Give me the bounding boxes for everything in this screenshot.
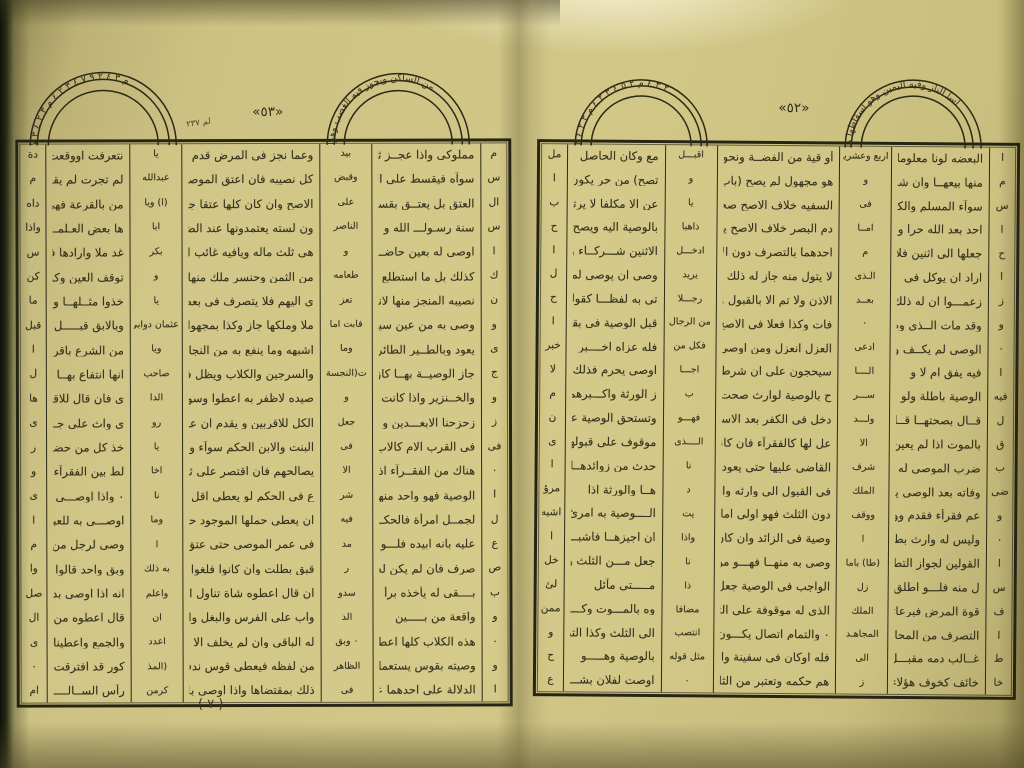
text-line: ذا <box>665 581 710 592</box>
text-line: مد <box>324 539 369 550</box>
text-line: وتستحق الوصية عنـــدنا <box>572 412 657 425</box>
text-line: كذلك بل ما استطلع <box>379 270 475 283</box>
text-line: فكل من <box>667 342 712 353</box>
text-line: شرف <box>841 462 886 473</box>
text-line: الدا <box>134 393 179 404</box>
text-column-letters: ملابحالحاخبرلامنىامرؤاشبهاخللئممنوحع <box>538 144 567 691</box>
text-line: فى عمر الموصى حتى عتق العبد فهو له وان <box>189 538 314 551</box>
text-line: شر <box>324 491 369 502</box>
text-line: فى <box>485 441 504 453</box>
text-line: (طا) باما <box>840 558 885 569</box>
text-line: ها بعض العـلمــاء واذا <box>52 222 123 235</box>
text-line: فات وكذا فعلا فى الاصح ولو ان <box>722 317 832 331</box>
text-line: كرمن <box>135 687 180 698</box>
text-line: سدو <box>324 588 369 599</box>
svg-text:٢ ٣ ٤ م ٢ ٥ ٤ ٣ ٢ ٤ م ٣ ٢ ٤ ٣: ٢ ٣ ٤ م ٢ ٥ ٤ ٣ ٢ ٤ م ٣ ٢ ٤ ٣ <box>573 77 670 146</box>
text-line: ٠ واذا اوصـــى بشىء <box>53 490 124 503</box>
text-line: هى ثلث ماله ويافيه غائب اوموجل الى <box>189 246 314 259</box>
text-line: الملك <box>841 486 886 497</box>
text-line: التصرف من المحارب حال <box>895 628 980 641</box>
text-line: صاحب <box>134 369 179 380</box>
text-column-letters: مسالساكنوىجوزفى٠العصبو٠وا <box>480 143 507 701</box>
text-line: ب <box>667 389 712 400</box>
text-line: الوصى لم يكــف ولو <box>897 343 982 356</box>
text-line: و <box>134 271 179 282</box>
text-line: وبق واحد قالوا <box>53 563 124 576</box>
text-line: ا <box>24 345 43 357</box>
text-line: زل <box>840 582 885 593</box>
text-line: وما <box>134 516 179 527</box>
text-grid: امساحازو٠افيهلقبضىو٠اسفاطخاالبعضه لونا م… <box>538 144 1015 695</box>
text-line: اراد ان يوكل فى <box>898 271 983 284</box>
text-column-narrow: اربع وعشرينوفىامــامالـذىبعــد٠ادعىالـــ… <box>835 146 891 693</box>
text-line: يا <box>134 442 179 453</box>
text-line: ا <box>485 246 504 258</box>
text-line: د <box>666 485 711 496</box>
arch-arc-icon: من الساكن ويجوز فيه الغصب وهوا <box>322 60 474 144</box>
text-column-letters: دةمداهواذاسكنماقبلالهاىروىامواصلآلى٠ام <box>20 145 46 703</box>
text-line: ووقف <box>841 510 886 521</box>
text-line: بــــقى له يأخذه برأ <box>379 586 475 599</box>
text-line: ا <box>542 531 561 543</box>
text-line: ح <box>544 221 563 233</box>
text-line: ع فى الحكم لو يعطى اقل شىء اجز <box>189 489 314 502</box>
text-line: ســـر <box>842 391 887 402</box>
text-line: مع وكان الحاصل <box>574 149 659 162</box>
text-line: س <box>993 200 1012 212</box>
text-line: الــــذى <box>666 437 711 448</box>
text-line: وصى لرجل من رفيقه برأس <box>53 539 124 552</box>
folio-ornament: «٥٢» <box>778 100 809 116</box>
text-column-wide: البعضه لونا معلوما مثلمنها بيعهــا وان ش… <box>887 147 989 695</box>
text-column-wide-sm: نتعرفت اووقعت دفعة واحدةلم تجرت لم يقـــ… <box>45 144 131 702</box>
text-line: و <box>992 320 1011 332</box>
text-line: ا <box>543 460 562 472</box>
text-line: من لفظه فيعطى قوس ندف اورمى وان كا <box>190 660 315 673</box>
text-line: ب <box>991 463 1010 475</box>
text-line: ل <box>24 369 43 381</box>
text-line: ل <box>485 514 504 526</box>
text-line: عم فقرآء فقدم ووقف <box>896 509 981 522</box>
text-line: اوصى له بعين حاضــرة <box>378 246 474 259</box>
text-line: يريد <box>668 270 713 281</box>
text-line: خل <box>542 555 561 567</box>
text-line: ز الورثة واكـــبرهم <box>572 388 657 401</box>
text-line: س <box>24 247 43 259</box>
text-line: ها <box>24 393 43 405</box>
text-line: والخــنزير واذا كانت <box>379 392 475 405</box>
text-line: ن <box>543 412 562 424</box>
text-line: عبدالله <box>133 174 178 185</box>
text-line: ز <box>992 296 1011 308</box>
text-line: سوآء المسلم والكافر و <box>898 200 983 213</box>
text-line: م <box>24 540 43 552</box>
text-line: قبق بطلت وان كانوا فلغوا بعوت وملا <box>189 562 314 575</box>
text-line: غد ملا وارادها فليس <box>53 247 124 260</box>
text-line: م <box>993 177 1012 189</box>
text-line: م <box>23 174 42 186</box>
arch-ornament-left: ٢ ٣ ٤ م ٢ ٥ ٤ ٣ ٢ ٤ م ٣ ٢ ٤ ٣ <box>570 55 713 146</box>
text-line: فيه <box>324 515 369 526</box>
text-line: ان قال اعطوه شاة تناول المعيبة والذكر <box>190 587 315 600</box>
arch-inscription: ٢ ٣ ٤ م ٢ ٥ ٤ ٣ ٢ ٤ م ٣ ٢ ٤ ٣ <box>573 77 670 146</box>
text-line: كن <box>24 271 43 283</box>
text-line: وقبض <box>323 173 368 184</box>
text-line: لا <box>543 364 562 376</box>
text-line: وصى ان يوصى لم يجز بل <box>573 269 658 282</box>
text-line: موقوف على قبولهم فان <box>572 435 657 448</box>
text-line: ت(النجسة <box>324 369 369 380</box>
text-line: عثمان دوابى <box>134 320 179 331</box>
text-line: ى <box>485 343 504 355</box>
text-line: غــالب دمه مقبـــل <box>895 652 980 665</box>
text-line: ٠ <box>842 319 887 330</box>
text-line: عن الا مكلفا لا يرتاب <box>574 197 659 210</box>
text-line: ذلك بمقتضاها واذا اوصى باللحم وسوآء ذ <box>190 684 315 697</box>
text-line: وصى به منهــا فهـــو من الثلث <box>720 556 830 570</box>
text-line: صرف فان لم يكن له <box>379 562 475 575</box>
arch-inscription: اسا الناز وفيه اليمين وهو اسقاطها ما <box>843 78 962 148</box>
text-line: جعل مـــن الثلث واجبا <box>571 554 656 567</box>
text-line: قبل <box>24 320 43 332</box>
text-line: مثل قوله <box>665 652 710 663</box>
text-line: والسرجين والكلاب ويظل فيما حرم على <box>189 368 314 381</box>
text-line: دم البصر خلاف الاصح يجوز ان يكون <box>723 222 833 236</box>
text-line: و <box>485 392 504 404</box>
text-line: ا <box>544 316 563 328</box>
text-line: وقد مات الــذى وصا <box>897 319 982 332</box>
text-line: من الشرع باقراره عليهــا <box>53 344 124 357</box>
text-line: فى <box>843 199 888 210</box>
text-line: فى <box>324 442 369 453</box>
text-line: لئ <box>542 579 561 591</box>
text-line: خائف كخوف هؤلاء لا يجابوا <box>894 676 979 689</box>
svg-text:من الساكن ويجوز فيه الغصب وهوا: من الساكن ويجوز فيه الغصب وهوا <box>326 72 437 144</box>
text-line: رو <box>134 418 179 429</box>
text-line: ون لسته يعتمدونها عند الضرورة و <box>189 222 314 235</box>
text-line: فى القبول الى وارثه واذا اوصى بالثلث اجز <box>721 484 831 498</box>
text-line: رأس الســالـــــ ام <box>54 685 125 698</box>
text-column-wide: مملوكى واذا عجــز ثلث ماسوآه فيقسط على ا… <box>371 143 482 701</box>
svg-text:م ٣ ٤ ٢ ٩ ٧ ٤ ٣ ٢ ٤ م ٣ ٢ ٤ ٣: م ٣ ٤ ٢ ٩ ٧ ٤ ٣ ٢ ٤ م ٣ ٢ ٤ ٣ ٧ <box>29 71 131 145</box>
text-line: مل <box>545 149 564 161</box>
text-line: مضافا <box>665 605 710 616</box>
text-line: ادعى <box>842 343 887 354</box>
text-line: مـــــتى مآئل <box>571 578 656 591</box>
text-line: اجـــا <box>667 365 712 376</box>
text-line: واعلم <box>135 589 180 600</box>
text-line: و <box>990 511 1009 523</box>
text-line: القولين لجواز التطوعات واله <box>895 557 980 570</box>
text-line: الى <box>840 654 885 665</box>
text-line: الكل للاقربين و يقدم ان على اب فيا <box>189 416 314 429</box>
text-line: ا <box>992 224 1011 236</box>
text-line: خذوا مثــلهــا ومــا <box>53 295 124 308</box>
svg-text:اسا الناز وفيه اليمين وهو اسقا: اسا الناز وفيه اليمين وهو اسقاطها ما <box>843 78 962 148</box>
text-line: و <box>323 246 368 257</box>
text-line: انتصب <box>665 629 710 640</box>
text-line: و <box>24 466 43 478</box>
text-line: لم تجرت لم يقـــدم <box>52 174 123 187</box>
text-line: ك <box>485 270 504 282</box>
text-line: وعما نجز فى المرض قدم الاول اما الوصا <box>188 149 313 162</box>
text-line: ان <box>135 613 180 624</box>
text-column-letters: امساحازو٠افيهلقبضىو٠اسفاطخا <box>985 148 1015 695</box>
text-line: زعمـــوا ان له ذلك <box>897 295 982 308</box>
text-line: جعل <box>324 417 369 428</box>
text-line: الــــوصية به امرئ <box>571 507 656 520</box>
text-line: هم حكمه وتعتبر من الثلث قيمة العبد فى <box>719 675 829 689</box>
text-line: قــال بصحتهــا قــائل <box>896 414 981 427</box>
text-line: قال اعطوه من حاصل <box>53 612 124 625</box>
text-line: الوصية فهو واحد منهم <box>379 489 475 502</box>
text-line: سنة رسـولـــ الله و <box>378 221 474 234</box>
text-line: العزل انعزل ومن اوصى الى عدل <box>722 341 832 355</box>
text-line: انه اذا اوصى بدابة كانت <box>53 587 124 600</box>
text-line: منها بيعهــا وان شرطه <box>898 176 983 189</box>
text-line: (المذ <box>135 662 180 673</box>
text-line: من الثمن وحنسر ملك منها قدر ثلث <box>189 271 314 284</box>
text-line: ال <box>484 197 503 209</box>
page-number: ( ٧ ) <box>198 697 223 712</box>
text-line: الاصح وان كان كلها عتقا جزؤا ثلاثة اجز <box>188 198 313 211</box>
text-line: لا يتول منه جاز له ذلك ولو <box>723 270 833 284</box>
text-line: اوصى يحرم فذلك <box>572 364 657 377</box>
text-line: خذ كل من حضـــر <box>53 441 124 454</box>
text-grid: مسالساكنوىجوزفى٠العصبو٠وامملوكى واذا عجـ… <box>20 143 507 702</box>
text-line: اربع وعشرين <box>843 152 888 163</box>
text-line: وليس له وارث بطلت <box>895 533 980 546</box>
text-line: ح <box>544 292 563 304</box>
text-line: خبر <box>544 340 563 352</box>
text-line: الملك <box>840 606 885 617</box>
arch-arc-icon: ٢ ٣ ٤ م ٢ ٥ ٤ ٣ ٢ ٤ م ٣ ٢ ٤ ٣ <box>570 55 713 146</box>
photo-edge-bottom-shadow <box>0 722 1024 768</box>
text-line: الاذن ولا تم الا بالقبول وله ان <box>722 294 832 308</box>
arch-inscription: م ٣ ٤ ٢ ٩ ٧ ٤ ٣ ٢ ٤ م ٣ ٢ ٤ ٣ ٧ <box>29 71 131 145</box>
text-line: اقبـــل <box>669 150 714 161</box>
text-line: واذا <box>666 533 711 544</box>
text-line: آل <box>24 613 43 625</box>
text-line: وبالابق قبـــــل <box>53 320 124 333</box>
text-line: س <box>484 173 503 185</box>
text-line: سيحجون على ان شرط الموصى به الاباحة <box>722 365 832 379</box>
text-line: ى <box>25 637 44 649</box>
photo-edge-top-shadow <box>0 0 560 26</box>
text-line: جعلها الى اثنين فلا يفو <box>898 247 983 260</box>
text-line: ر <box>324 564 369 575</box>
text-line: يصالحهم فان اقتصر على ثلثة جاز واذ <box>189 465 314 478</box>
text-line: الظاهر <box>325 662 370 673</box>
text-line: واب على الفرس والبغل والحمار فى الاصح و <box>190 611 315 624</box>
text-line: واذا <box>23 223 42 235</box>
text-line: ا <box>485 490 504 502</box>
text-line: ف <box>989 606 1008 618</box>
text-line: اعدد <box>135 638 180 649</box>
text-line: يا <box>668 198 713 209</box>
text-line: ٠ <box>485 465 504 477</box>
text-line: ا <box>24 515 43 527</box>
text-line: س <box>990 582 1009 594</box>
text-line: القاضى عليها حتى يعود فان قبلها اخذ <box>721 460 831 474</box>
text-line: ا <box>990 559 1009 571</box>
text-line: ب <box>545 197 564 209</box>
text-line: نتعرفت اووقعت دفعة واحدة <box>52 149 123 162</box>
page-left: م ٣ ٤ ٢ ٩ ٧ ٤ ٣ ٢ ٤ م ٣ ٢ ٤ ٣ ٧ من الساك… <box>15 138 512 707</box>
text-line: وصى به من عين سيملكها <box>379 319 475 332</box>
text-line: ٠ وبق <box>325 637 370 648</box>
text-line: دخل فى الكفر بعد الاسلام ولكافر محار <box>721 413 831 427</box>
arch-ornament-left: م ٣ ٤ ٢ ٩ ٧ ٤ ٣ ٢ ٤ م ٣ ٢ ٤ ٣ ٧ <box>24 47 182 145</box>
folio-ornament: «٥٣» <box>252 104 283 120</box>
text-line: اوصت لفلان بشـــراح <box>570 674 655 687</box>
text-line: الى الثلث وكذا التصرف ممن <box>570 626 655 639</box>
text-line: تى به لفظـــا كقوله <box>573 292 658 305</box>
text-line: ا <box>134 540 179 551</box>
text-line: فابت اما <box>324 320 369 331</box>
text-line: البنت والابن الحكم سوآء ويستحب ان <box>189 441 314 454</box>
text-line: داه <box>23 198 42 210</box>
text-line: بالوصية اليه ويصح <box>573 221 658 234</box>
text-line: عل لها كالفقرآء فان كانوا معينين <box>721 437 831 451</box>
text-line: ضرب الموصى له فى الارض ا <box>896 462 981 475</box>
text-line: ٠ <box>992 344 1011 356</box>
text-line: م <box>543 388 562 400</box>
text-line: مرؤ <box>542 483 561 495</box>
text-line: خا <box>989 678 1008 690</box>
text-line: حدث من زوائدهــا وفى <box>572 459 657 472</box>
text-line: و <box>485 319 504 331</box>
text-line: ق <box>991 439 1010 451</box>
text-line: هــا والورثة اذا <box>571 483 656 496</box>
text-line: احد بعد الله حرا وفق <box>898 223 983 236</box>
text-line: ا <box>989 630 1008 642</box>
text-line: و <box>668 174 713 185</box>
text-line: ص <box>485 563 504 575</box>
text-line: ن <box>485 295 504 307</box>
text-line: س <box>484 221 503 233</box>
text-line: ا <box>993 153 1012 165</box>
text-line: تعز <box>324 295 369 306</box>
text-line: ولـــد <box>841 415 886 426</box>
text-line: ع <box>541 674 560 686</box>
text-line: يا <box>133 149 178 160</box>
text-line: صل <box>24 588 43 600</box>
text-line: وصية فى الزائد وان كان لوارث فقال رأ <box>721 532 831 546</box>
text-line: ضى <box>990 487 1009 499</box>
text-line: انها انتفاع بهــا كالشمول <box>53 368 124 381</box>
text-line: بيد <box>323 149 368 160</box>
text-line: ا <box>991 368 1010 380</box>
arch-arc-icon: اسا الناز وفيه اليمين وهو اسقاطها ما <box>840 71 987 148</box>
text-line: ل منه فلـــو اطلق و <box>895 581 980 594</box>
text-line: البعضه لونا معلوما مثل <box>898 152 983 165</box>
text-line: مملوكى واذا عجــز ثلث ما <box>378 148 474 161</box>
text-line: ٠ <box>990 535 1009 547</box>
text-line: ح <box>992 248 1011 260</box>
text-line: فله عزاه اخــــبر <box>573 340 658 353</box>
text-line: الا <box>324 466 369 477</box>
text-line: جاز الوصيــة بهــا كازيو <box>379 367 475 380</box>
text-line: ج <box>485 368 504 380</box>
text-column-narrow: بيدوقبضعلىالناصروطعامهتعزفابت اماومات(ال… <box>319 144 372 702</box>
text-line: فله اوكان فى سفينة والبحر متموج وكل من <box>720 651 830 665</box>
text-line: ان يعطى حملها الموجود حال الوصيــة <box>189 514 314 527</box>
text-line: سوآه فيقسط على الجميــع <box>378 173 474 186</box>
text-line: ح <box>541 651 560 663</box>
text-line: نا <box>134 491 179 502</box>
text-column-wide-lg: وعما نجز فى المرض قدم الاول اما الوصاكل … <box>181 144 320 702</box>
text-line: ط <box>989 654 1008 666</box>
text-line: م <box>484 148 503 160</box>
text-line: العتق بل يعتــق بقسطه <box>378 197 474 210</box>
text-line: والجمع واعطيناه ثلثــه وفى <box>54 636 125 649</box>
text-line: بالوصية وهـــــو <box>570 650 655 663</box>
text-line: و <box>486 660 505 672</box>
text-line: ملا وملكها جاز وكذا بمجهول كاحـد <box>189 319 314 332</box>
text-line: من بالقرعة فهى من ادلة <box>52 198 123 211</box>
text-line: توقف العين وكذا هولا يمكن <box>53 271 124 284</box>
text-line: ما <box>24 296 43 308</box>
text-line: الذى له موقوفة على الثلث ان اتصل <box>720 603 830 617</box>
arch-ornament-right: اسا الناز وفيه اليمين وهو اسقاطها ما <box>840 71 987 148</box>
text-line: ل <box>544 269 563 281</box>
text-line: الاثنين شـــركــاء واذا <box>573 245 658 258</box>
text-line: ر <box>24 442 43 454</box>
text-line: ٠ <box>486 636 505 648</box>
text-line: ع <box>485 538 504 550</box>
page-right: ٢ ٣ ٤ م ٢ ٥ ٤ ٣ ٢ ٤ م ٣ ٢ ٤ ٣ اسا الناز … <box>533 139 1020 700</box>
text-line: ى اليهم فلا يتصرف فى بعضهم دونهم حتى <box>189 295 314 308</box>
text-line: قبل الوصية فى بقــاء <box>573 316 658 329</box>
text-line: امــا <box>843 223 888 234</box>
text-line: بكر <box>134 247 179 258</box>
text-line: ا <box>486 685 505 697</box>
text-line: الوصية باطلة ولو <box>897 390 982 403</box>
text-line: بعــد <box>842 295 887 306</box>
text-line: أو قية من الفضــة ونحوهــا فان <box>724 151 834 165</box>
text-line: ز <box>839 678 884 689</box>
text-line: رجـــلا <box>667 294 712 305</box>
text-line: ا <box>544 245 563 257</box>
text-line: نا <box>665 557 710 568</box>
text-column-narrow: ياعبدالله(أ) وياابابكروياعثمان دوابىوياص… <box>129 144 182 702</box>
text-line: يا <box>134 296 179 307</box>
text-line: اشبه <box>542 507 561 519</box>
text-line: يت <box>666 509 711 520</box>
text-line: ذاهبا <box>668 222 713 233</box>
text-line: فى القرب الام كالاب و <box>379 440 475 453</box>
text-line: كور قد افترقت به <box>54 660 125 673</box>
text-line: السفيه خلاف الاصح صحتها منه ولا <box>723 198 833 212</box>
text-line: هذه الكلاب كلها اعطينا <box>380 635 476 648</box>
text-line: ى <box>24 491 43 503</box>
text-line: فى <box>325 686 370 697</box>
text-column-wide: مع وكان الحاصلتصح) من حر يكون مكلفاعن ال… <box>563 144 665 692</box>
text-line: ا <box>545 173 564 185</box>
text-line: م <box>843 247 888 258</box>
text-line: و <box>843 175 888 186</box>
text-line: فيه <box>991 391 1010 403</box>
text-line: هناك من الفقــرآء اذا كان <box>379 465 475 478</box>
text-line: الد <box>324 613 369 624</box>
text-line: اخا <box>134 467 179 478</box>
text-line: قوة المرض فبرعاته فى <box>895 605 980 618</box>
arch-arc-icon: م ٣ ٤ ٢ ٩ ٧ ٤ ٣ ٢ ٤ م ٣ ٢ ٤ ٣ ٧ <box>24 47 182 145</box>
text-line: به ذلك <box>134 564 179 575</box>
text-line: عليه بانه ابيده فلـــو <box>379 538 475 551</box>
text-line: الناصر <box>323 222 368 233</box>
